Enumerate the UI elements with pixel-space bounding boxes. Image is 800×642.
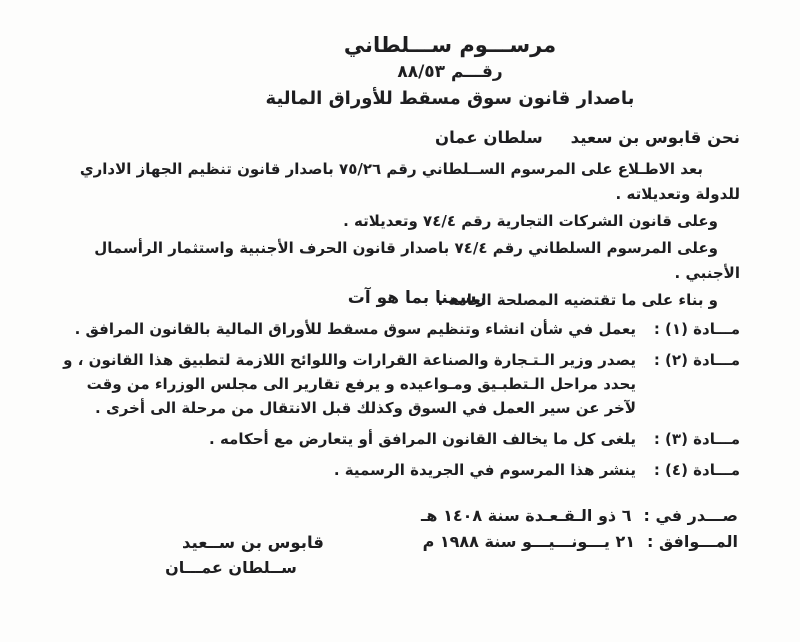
articles: مـــادة (١) : يعمل في شأن انشاء وتنظيم س…	[55, 317, 740, 489]
issued-date-label: صـــدر في :	[643, 503, 738, 529]
article-1-label: مـــادة (١) :	[636, 317, 740, 341]
ruler-name: نحن قابوس بن سعيد	[571, 128, 740, 147]
article-4-label: مـــادة (٤) :	[636, 458, 740, 482]
issued-date-value: ٦ ذو الـقـعـدة سنة ١٤٠٨ هـ	[421, 503, 632, 529]
corresponding-date-line: المـــوافق : ٢١ يـــونـــيـــو سنة ١٩٨٨ …	[421, 529, 738, 555]
date-block: صـــدر في : ٦ ذو الـقـعـدة سنة ١٤٠٨ هـ ا…	[421, 503, 738, 555]
article-4-text: ينشر هذا المرسوم في الجريدة الرسمية .	[55, 458, 636, 482]
article-3-label: مـــادة (٣) :	[636, 427, 740, 451]
article-3: مـــادة (٣) : يلغى كل ما يخالف القانون ا…	[55, 427, 740, 451]
article-2-text: يصدر وزير الـتـجارة والصناعة القرارات وا…	[55, 348, 636, 420]
signature-block: قابوس بن ســعيد ســلطان عمـــان	[128, 533, 378, 577]
issued-date-line: صـــدر في : ٦ ذو الـقـعـدة سنة ١٤٠٨ هـ	[421, 503, 738, 529]
decree-page: مرســـوم ســـلطاني رقـــم ٨٨/٥٣ باصدار ق…	[0, 0, 800, 642]
preamble-paragraph-1: بعد الاطـلاع على المرسوم الســلطاني رقم …	[52, 157, 740, 207]
decree-subtitle: باصدار قانون سوق مسقط للأوراق المالية	[150, 88, 750, 109]
article-2: مـــادة (٢) : يصدر وزير الـتـجارة والصنا…	[55, 348, 740, 420]
ruler-line: نحن قابوس بن سعيد سلطان عمان	[435, 128, 740, 147]
article-3-text: يلغى كل ما يخالف القانون المرافق أو يتعا…	[55, 427, 636, 451]
signature-title: ســلطان عمـــان	[128, 558, 334, 577]
preamble-paragraph-3: وعلى المرسوم السلطاني رقم ٧٤/٤ باصدار قا…	[52, 236, 740, 286]
decree-number: رقـــم ٨٨/٥٣	[150, 62, 750, 82]
article-1: مـــادة (١) : يعمل في شأن انشاء وتنظيم س…	[55, 317, 740, 341]
article-2-label: مـــادة (٢) :	[636, 348, 740, 372]
ruler-title: سلطان عمان	[435, 128, 543, 147]
decree-title: مرســـوم ســـلطاني	[150, 33, 750, 57]
signature-name: قابوس بن ســعيد	[128, 533, 378, 552]
article-4: مـــادة (٤) : ينشر هذا المرسوم في الجريد…	[55, 458, 740, 482]
corresponding-date-label: المـــوافق :	[647, 529, 738, 555]
preamble-paragraph-2: وعلى قانون الشركات التجارية رقم ٧٤/٤ وتع…	[52, 209, 740, 234]
article-1-text: يعمل في شأن انشاء وتنظيم سوق مسقط للأورا…	[55, 317, 636, 341]
decree-title-block: مرســـوم ســـلطاني رقـــم ٨٨/٥٣ باصدار ق…	[150, 33, 750, 109]
enactment-heading: رسمنا بما هو آت	[34, 288, 800, 308]
corresponding-date-value: ٢١ يـــونـــيـــو سنة ١٩٨٨ م	[423, 529, 635, 555]
